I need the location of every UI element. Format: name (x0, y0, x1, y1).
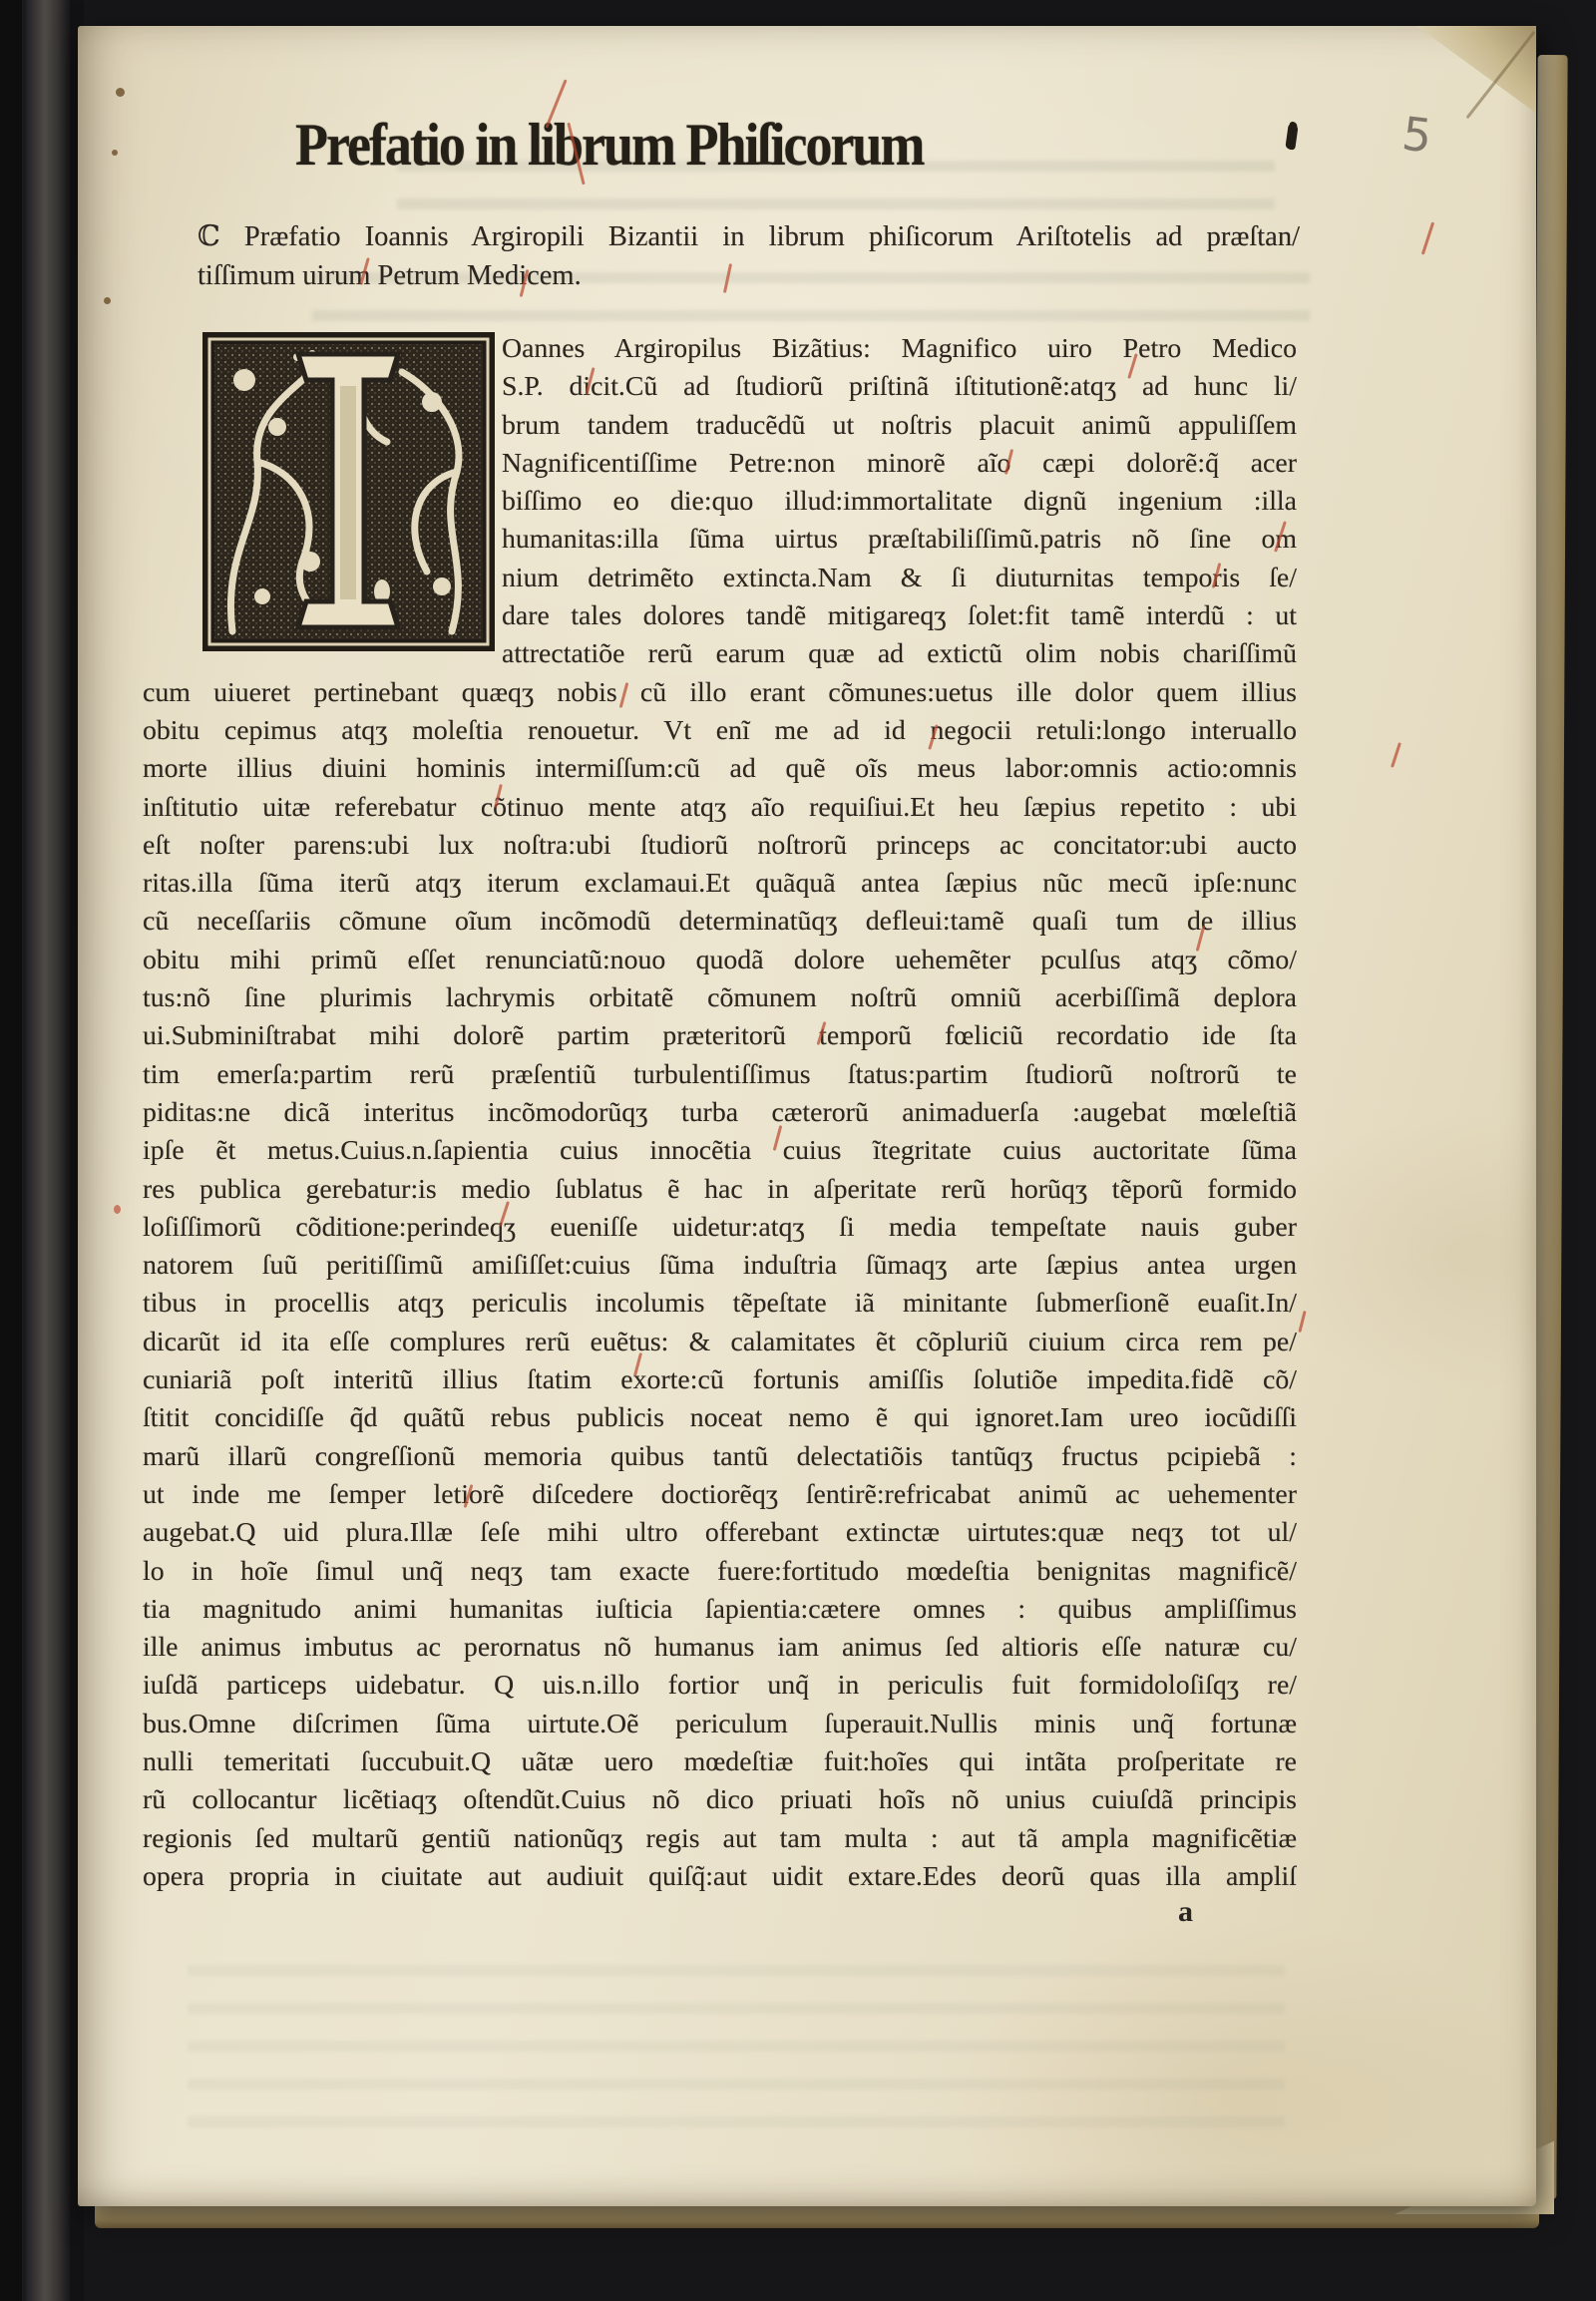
text-line: ritas.illa ſũma iterũ atqʒ iterum exclam… (143, 865, 1297, 903)
text-line: tia magnitudo animi humanitas iuſticia ſ… (143, 1591, 1297, 1629)
text-line: loſiſſimorũ cõditione:perindeqʒ eueniſſe… (143, 1209, 1297, 1247)
text-line: marũ illarũ congreſſionũ memoria quibus … (143, 1438, 1297, 1476)
text-line: cũ neceſſariis cõmune oĩum incõmodũ dete… (143, 903, 1297, 941)
text-line: augebat.Q uid plura.Illæ ſeſe mihi ultro… (143, 1514, 1297, 1552)
facing-leaf-edge (26, 0, 68, 2301)
ink-speck (112, 150, 118, 156)
damaged-corner (1406, 26, 1536, 118)
text-line: ut inde me ſemper letiorẽ diſcedere doct… (143, 1476, 1297, 1514)
text-line: iuſdã particeps uidebatur. Q uis.n.illo … (143, 1667, 1297, 1705)
preface-body: Oannes Argiropilus Bizãtius: Magnifico u… (143, 330, 1297, 1896)
signature-mark: a (1178, 1895, 1193, 1929)
red-virgule (1421, 221, 1434, 254)
text-line: rũ collocantur licẽtiaqʒ oſtendũt.Cuius … (143, 1781, 1297, 1819)
text-line: regionis ſed multarũ gentiũ nationũqʒ re… (143, 1820, 1297, 1858)
red-virgule (1391, 742, 1401, 768)
text-line: dicarũt id ita eſſe complures rerũ euẽtu… (143, 1324, 1297, 1361)
woodcut-initial-I (202, 332, 495, 651)
red-virgule (1298, 1311, 1306, 1333)
text-line: morte illius diuini hominis intermiſſum:… (143, 750, 1297, 788)
text-line: piditas:ne dicã interitus incõmodorũqʒ t… (143, 1094, 1297, 1132)
text-line: cuniariã poſt interitũ illius ſtatim exo… (143, 1361, 1297, 1399)
text-line: tus:nõ ſine plurimis lachrymis orbitatẽ … (143, 979, 1297, 1017)
red-dot (114, 1205, 121, 1214)
text-line: ipſe ẽt metus.Cuius.n.ſapientia cuius in… (143, 1132, 1297, 1170)
page-title: Prefatio in librum Phiſicorum (295, 110, 923, 179)
text-line: natorem ſuũ peritiſſimũ amiſiſſet:cuius … (143, 1247, 1297, 1285)
preface-heading: ℂ Præfatio Ioannis Argiropili Bizantii i… (198, 217, 1300, 295)
text-line: nulli temeritati ſuccubuit.Q uãtæ uero m… (143, 1743, 1297, 1781)
text-line: tim emerſa:partim rerũ præſentiũ turbule… (143, 1056, 1297, 1094)
book-photograph: Prefatio in librum Phiſicorum 5 ℂ Præfat… (0, 0, 1596, 2301)
showthrough-text (188, 1956, 1285, 2135)
text-line: bus.Omne diſcrimen ſũma uirtute.Oẽ peric… (143, 1706, 1297, 1743)
text-line: cum uiueret pertinebant quæqʒ nobis cũ i… (143, 674, 1297, 712)
text-line: ille animus imbutus ac perornatus nõ hum… (143, 1629, 1297, 1667)
text-line: eſt noſter parens:ubi lux noſtra:ubi ſtu… (143, 827, 1297, 865)
text-line: ui.Subminiſtrabat mihi dolorẽ partim præ… (143, 1017, 1297, 1055)
text-line: obitu mihi primũ eſſet renunciatũ:nouo q… (143, 942, 1297, 979)
text-line: res publica gerebatur:is medio ſublatus … (143, 1171, 1297, 1209)
ink-speck (104, 297, 111, 304)
ink-blot (1285, 123, 1299, 150)
text-line: opera propria in ciuitate aut audiuit qu… (143, 1858, 1297, 1896)
text-line: tibus in procellis atqʒ periculis incolu… (143, 1285, 1297, 1323)
text-line: ſtitit concidiſſe q̃d quãtũ rebus public… (143, 1399, 1297, 1437)
text-line: obitu cepimus atqʒ moleſtia renouetur. V… (143, 712, 1297, 750)
text-line: lo in hoĩe ſimul unq̃ neqʒ tam exacte fu… (143, 1553, 1297, 1591)
text-line: ℂ Præfatio Ioannis Argiropili Bizantii i… (198, 217, 1300, 256)
ink-speck (116, 88, 125, 97)
folio-number: 5 (1399, 106, 1435, 163)
book-page: Prefatio in librum Phiſicorum 5 ℂ Præfat… (78, 26, 1536, 2206)
text-line: inſtitutio uitæ referebatur cõtinuo ment… (143, 789, 1297, 827)
